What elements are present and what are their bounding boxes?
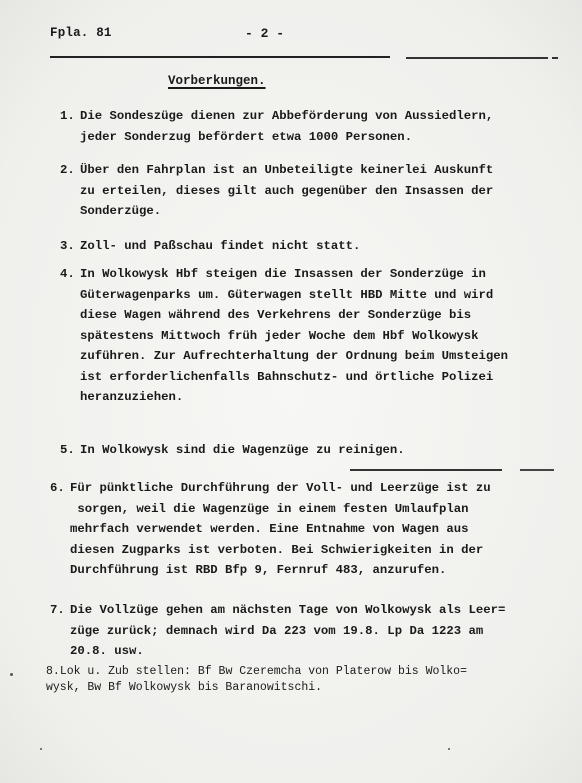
header-rule-secondary — [406, 57, 548, 59]
page-number: - 2 - — [245, 26, 284, 41]
remark-line: spätestens Mittwoch früh jeder Woche dem… — [60, 326, 540, 347]
remark-item-8: 8.Lok u. Zub stellen: Bf Bw Czeremcha vo… — [46, 664, 546, 696]
remark-text: Für pünktliche Durchführung der Voll- un… — [70, 481, 491, 495]
remark-number: 3. — [60, 236, 80, 257]
remark-line: 7.Die Vollzüge gehen am nächsten Tage vo… — [50, 600, 530, 621]
remark-number: 5. — [60, 440, 80, 461]
remark-line: zuführen. Zur Aufrechterhaltung der Ordn… — [60, 346, 540, 367]
scan-speck — [10, 673, 13, 676]
remark-number: 2. — [60, 160, 80, 181]
remark-text: In Wolkowysk sind die Wagenzüge zu reini… — [80, 443, 405, 457]
remark-line: wysk, Bw Bf Wolkowysk bis Baranowitschi. — [46, 680, 546, 696]
remark-line: 4.In Wolkowysk Hbf steigen die Insassen … — [60, 264, 540, 285]
remark-line: heranzuziehen. — [60, 387, 540, 408]
remark-line: 20.8. usw. — [50, 641, 530, 662]
remark-number: 7. — [50, 600, 70, 621]
remark-line: Sonderzüge. — [60, 201, 540, 222]
remark-item-4: 4.In Wolkowysk Hbf steigen die Insassen … — [60, 264, 540, 408]
remark-line: ist erforderlichenfalls Bahnschutz- und … — [60, 367, 540, 388]
remark-number: 4. — [60, 264, 80, 285]
remark-line: züge zurück; demnach wird Da 223 vom 19.… — [50, 621, 530, 642]
scan-speck — [448, 748, 450, 750]
document-reference: Fpla. 81 — [50, 26, 112, 40]
remark-text: Die Vollzüge gehen am nächsten Tage von … — [70, 603, 505, 617]
remark-line: Durchführung ist RBD Bfp 9, Fernruf 483,… — [50, 560, 530, 581]
remark-item-1: 1.Die Sondeszüge dienen zur Abbeförderun… — [60, 106, 540, 147]
document-page: Fpla. 81 - 2 - Vorberkungen. 1.Die Sonde… — [0, 0, 582, 783]
page-title: Vorberkungen. — [168, 74, 266, 88]
remark-text: Die Sondeszüge dienen zur Abbeförderung … — [80, 109, 493, 123]
section-rule — [350, 469, 502, 471]
remark-line: diesen Zugparks ist verboten. Bei Schwie… — [50, 540, 530, 561]
remark-text: In Wolkowysk Hbf steigen die Insassen de… — [80, 267, 486, 281]
remark-line: sorgen, weil die Wagenzüge in einem fest… — [50, 499, 530, 520]
remark-line: 8.Lok u. Zub stellen: Bf Bw Czeremcha vo… — [46, 664, 546, 680]
remark-line: 3.Zoll- und Paßschau findet nicht statt. — [60, 236, 540, 257]
remark-number: 8. — [46, 665, 60, 678]
header-rule-tick — [552, 57, 558, 59]
remark-text: Zoll- und Paßschau findet nicht statt. — [80, 239, 360, 253]
remark-line: jeder Sonderzug befördert etwa 1000 Pers… — [60, 127, 540, 148]
remark-line: 1.Die Sondeszüge dienen zur Abbeförderun… — [60, 106, 540, 127]
remark-item-2: 2.Über den Fahrplan ist an Unbeteiligte … — [60, 160, 540, 222]
scan-speck — [40, 748, 42, 750]
remark-line: mehrfach verwendet werden. Eine Entnahme… — [50, 519, 530, 540]
remark-line: diese Wagen während des Verkehrens der S… — [60, 305, 540, 326]
header-rule — [50, 56, 390, 58]
remark-number: 6. — [50, 478, 70, 499]
remark-item-7: 7.Die Vollzüge gehen am nächsten Tage vo… — [50, 600, 530, 662]
remark-line: 6.Für pünktliche Durchführung der Voll- … — [50, 478, 530, 499]
remark-item-3: 3.Zoll- und Paßschau findet nicht statt. — [60, 236, 540, 257]
remark-line: zu erteilen, dieses gilt auch gegenüber … — [60, 181, 540, 202]
remark-item-6: 6.Für pünktliche Durchführung der Voll- … — [50, 478, 530, 581]
section-rule-short — [520, 469, 554, 471]
remark-text: Über den Fahrplan ist an Unbeteiligte ke… — [80, 163, 493, 177]
remark-line: 5.In Wolkowysk sind die Wagenzüge zu rei… — [60, 440, 540, 461]
remark-text: Lok u. Zub stellen: Bf Bw Czeremcha von … — [60, 665, 467, 678]
remark-item-5: 5.In Wolkowysk sind die Wagenzüge zu rei… — [60, 440, 540, 461]
remark-line: Güterwagenparks um. Güterwagen stellt HB… — [60, 285, 540, 306]
remark-line: 2.Über den Fahrplan ist an Unbeteiligte … — [60, 160, 540, 181]
remark-number: 1. — [60, 106, 80, 127]
